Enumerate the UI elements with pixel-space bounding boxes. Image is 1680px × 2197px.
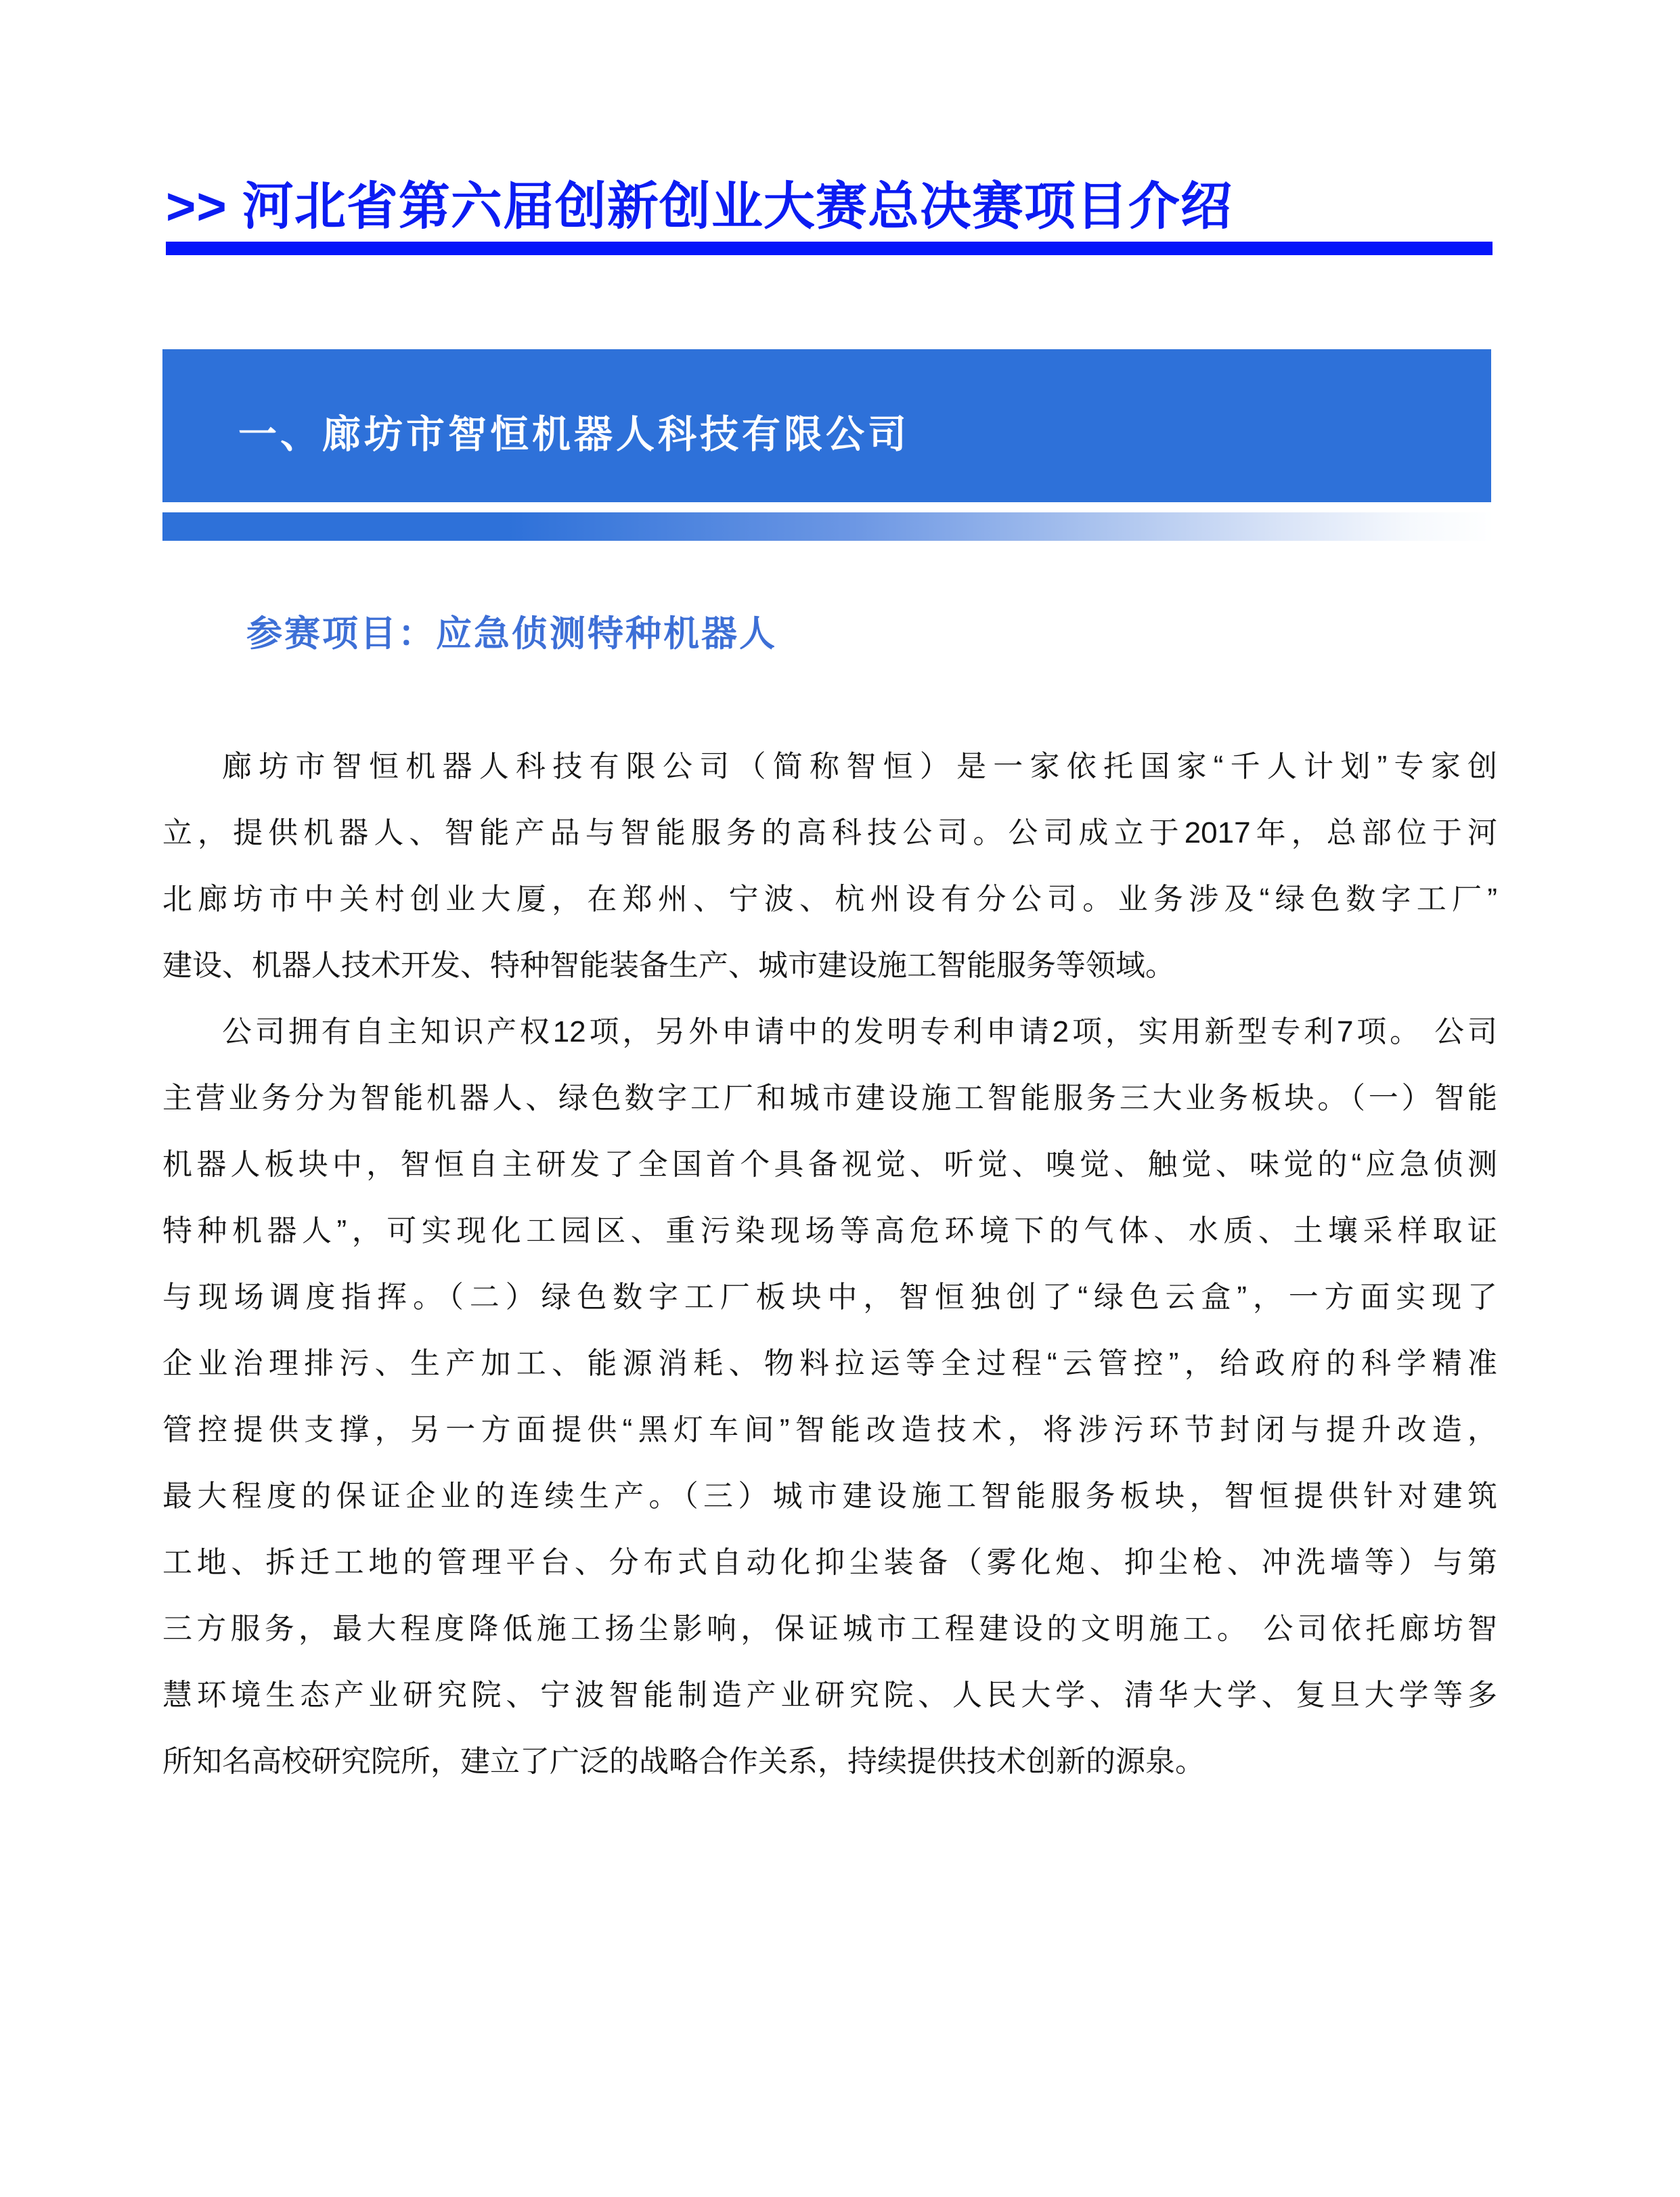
body-line: 企业治理排污、生产加工、能源消耗、物料拉运等全过程“云管控”，给政府的科学精准 — [162, 1331, 1497, 1397]
body-line: 建设、机器人技术开发、特种智能装备生产、城市建设施工智能服务等领域。 — [162, 933, 1497, 999]
body-line: 慧环境生态产业研究院、宁波智能制造产业研究院、人民大学、清华大学、复旦大学等多 — [162, 1662, 1497, 1729]
body-line: 最大程度的保证企业的连续生产。（三）城市建设施工智能服务板块，智恒提供针对建筑 — [162, 1463, 1497, 1530]
body-line: 三方服务，最大程度降低施工扬尘影响，保证城市工程建设的文明施工。 公司依托廊坊智 — [162, 1596, 1497, 1662]
body-line: 特种机器人”，可实现化工园区、重污染现场等高危环境下的气体、水质、土壤采样取证 — [162, 1198, 1497, 1264]
page-title: >> 河北省第六届创新创业大赛总决赛项目介绍 — [166, 175, 1493, 240]
body-line: 所知名高校研究院所，建立了广泛的战略合作关系，持续提供技术创新的源泉。 — [162, 1729, 1497, 1795]
body-line: 北廊坊市中关村创业大厦，在郑州、宁波、杭州设有分公司。业务涉及“绿色数字工厂” — [162, 866, 1497, 933]
section-banner-label: 一、廊坊市智恒机器人科技有限公司 — [238, 403, 910, 459]
body-line: 工地、拆迁工地的管理平台、分布式自动化抑尘装备（雾化炮、抑尘枪、冲洗墙等）与第 — [162, 1530, 1497, 1596]
body-line: 廊坊市智恒机器人科技有限公司（简称智恒）是一家依托国家“千人计划”专家创 — [162, 734, 1497, 800]
paragraph: 廊坊市智恒机器人科技有限公司（简称智恒）是一家依托国家“千人计划”专家创立，提供… — [162, 734, 1497, 999]
body-line: 机器人板块中，智恒自主研发了全国首个具备视觉、听觉、嗅觉、触觉、味觉的“应急侦测 — [162, 1132, 1497, 1198]
body-line: 管控提供支撑，另一方面提供“黑灯车间”智能改造技术，将涉污环节封闭与提升改造， — [162, 1397, 1497, 1463]
banner-gradient-stripe — [162, 512, 1491, 541]
title-underline-bar — [166, 242, 1493, 255]
body-line: 公司拥有自主知识产权12项，另外申请中的发明专利申请2项，实用新型专利7项。 公… — [162, 999, 1497, 1065]
body-line: 主营业务分为智能机器人、绿色数字工厂和城市建设施工智能服务三大业务板块。（一）智… — [162, 1065, 1497, 1132]
body-line: 立，提供机器人、智能产品与智能服务的高科技公司。公司成立于2017年，总部位于河 — [162, 800, 1497, 866]
body-line: 与现场调度指挥。（二）绿色数字工厂板块中，智恒独创了“绿色云盒”，一方面实现了 — [162, 1264, 1497, 1331]
section-banner: 一、廊坊市智恒机器人科技有限公司 — [162, 349, 1491, 502]
project-title: 参赛项目：应急侦测特种机器人 — [246, 613, 777, 655]
paragraph: 公司拥有自主知识产权12项，另外申请中的发明专利申请2项，实用新型专利7项。 公… — [162, 999, 1497, 1795]
document-page: >> 河北省第六届创新创业大赛总决赛项目介绍 一、廊坊市智恒机器人科技有限公司 … — [0, 0, 1680, 2197]
body-paragraphs: 廊坊市智恒机器人科技有限公司（简称智恒）是一家依托国家“千人计划”专家创立，提供… — [162, 734, 1497, 1795]
